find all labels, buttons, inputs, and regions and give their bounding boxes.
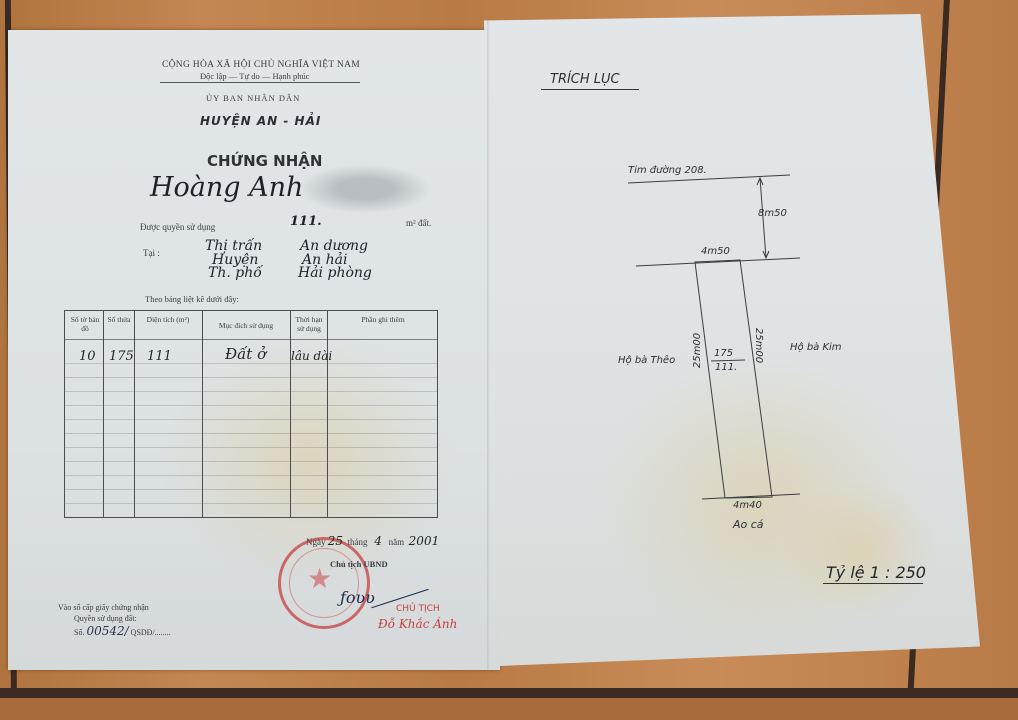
road-label: Tim đường 208.: [628, 165, 707, 176]
scale-underline: [823, 583, 923, 584]
setback-dimension: 8m50: [758, 208, 787, 219]
west-neighbor: Hộ bà Thêo: [618, 355, 675, 366]
map-scale: Tỷ lệ 1 : 250: [826, 563, 926, 582]
parcel-diagram: [0, 0, 1018, 720]
parcel-number: 175: [714, 348, 733, 359]
east-neighbor: Hộ bà Kim: [790, 342, 842, 353]
right-side-dimension: 25m00: [753, 328, 764, 363]
bottom-width-dimension: 4m40: [733, 500, 762, 511]
south-neighbor: Ao cá: [733, 518, 764, 531]
top-width-dimension: 4m50: [701, 246, 730, 257]
left-side-dimension: 25m00: [692, 333, 703, 368]
parcel-area: 111.: [715, 362, 737, 373]
